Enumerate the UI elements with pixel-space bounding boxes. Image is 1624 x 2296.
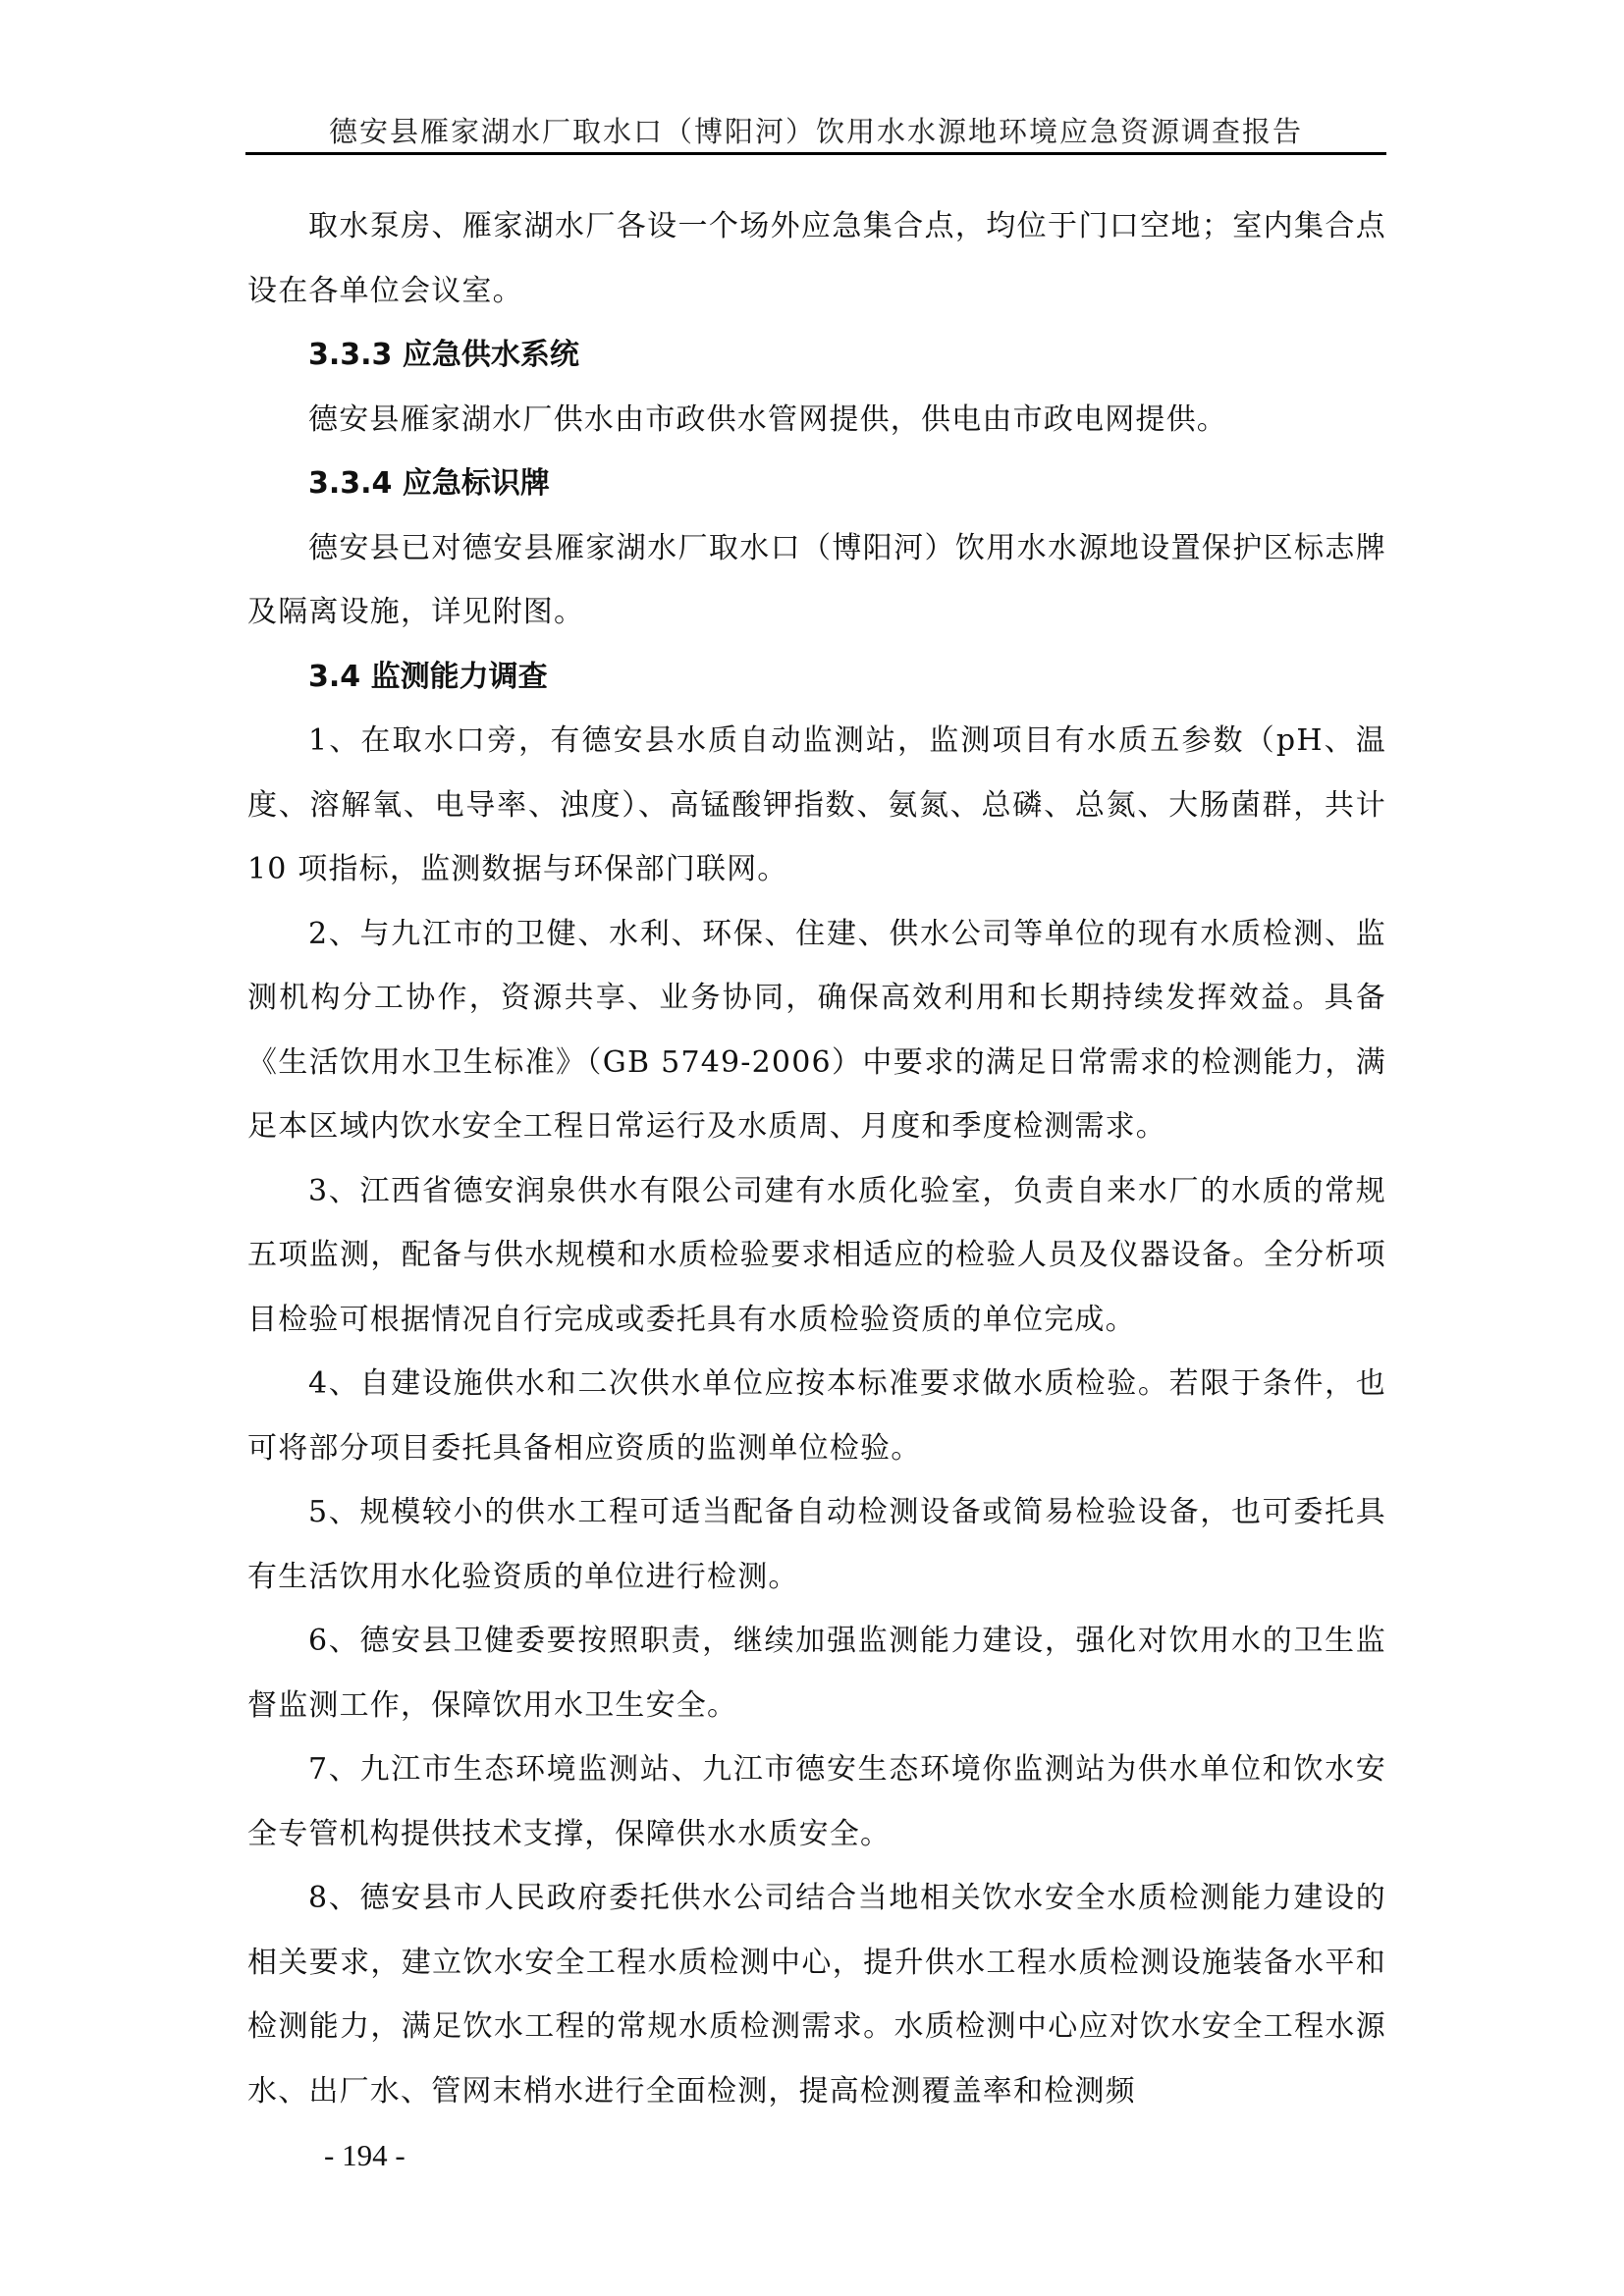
list-paragraph-2: 2、与九江市的卫健、水利、环保、住建、供水公司等单位的现有水质检测、监测机构分工… bbox=[247, 902, 1386, 1159]
list-paragraph-6: 6、德安县卫健委要按照职责，继续加强监测能力建设，强化对饮用水的卫生监督监测工作… bbox=[247, 1609, 1386, 1737]
list-paragraph-5: 5、规模较小的供水工程可适当配备自动检测设备或简易检验设备，也可委托具有生活饮用… bbox=[247, 1480, 1386, 1609]
page-number: - 194 - bbox=[324, 2138, 406, 2173]
paragraph: 德安县雁家湖水厂供水由市政供水管网提供，供电由市政电网提供。 bbox=[247, 388, 1386, 453]
heading-3-3-4: 3.3.4 应急标识牌 bbox=[247, 452, 1386, 516]
heading-3-4: 3.4 监测能力调查 bbox=[247, 645, 1386, 710]
header-divider bbox=[245, 152, 1386, 155]
paragraph: 德安县已对德安县雁家湖水厂取水口（博阳河）饮用水水源地设置保护区标志牌及隔离设施… bbox=[247, 516, 1386, 645]
paragraph-continuation: 取水泵房、雁家湖水厂各设一个场外应急集合点，均位于门口空地；室内集合点设在各单位… bbox=[247, 194, 1386, 323]
list-paragraph-3: 3、江西省德安润泉供水有限公司建有水质化验室，负责自来水厂的水质的常规五项监测，… bbox=[247, 1159, 1386, 1353]
list-paragraph-7: 7、九江市生态环境监测站、九江市德安生态环境你监测站为供水单位和饮水安全专管机构… bbox=[247, 1737, 1386, 1866]
list-paragraph-1: 1、在取水口旁，有德安县水质自动监测站，监测项目有水质五参数（pH、温度、溶解氧… bbox=[247, 709, 1386, 902]
heading-3-3-3: 3.3.3 应急供水系统 bbox=[247, 323, 1386, 388]
list-paragraph-4: 4、自建设施供水和二次供水单位应按本标准要求做水质检验。若限于条件，也可将部分项… bbox=[247, 1352, 1386, 1480]
list-paragraph-8: 8、德安县市人民政府委托供水公司结合当地相关饮水安全水质检测能力建设的相关要求，… bbox=[247, 1866, 1386, 2123]
running-header-title: 德安县雁家湖水厂取水口（博阳河）饮用水水源地环境应急资源调查报告 bbox=[245, 114, 1386, 149]
document-body: 取水泵房、雁家湖水厂各设一个场外应急集合点，均位于门口空地；室内集合点设在各单位… bbox=[247, 194, 1386, 2123]
